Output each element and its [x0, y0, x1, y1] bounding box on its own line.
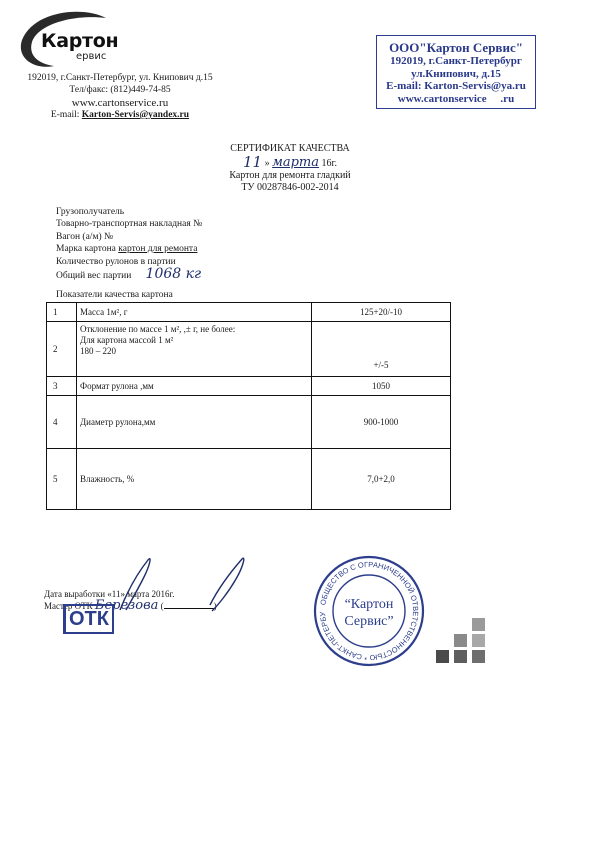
row-parameter-line: 180 – 220 — [80, 346, 308, 357]
weight-value: 1068 кг — [146, 266, 202, 282]
row-value: 7,0+2,0 — [312, 449, 451, 510]
row-number: 5 — [47, 449, 77, 510]
email-label: E-mail: — [51, 110, 82, 120]
handwritten-day: 11 — [243, 153, 262, 171]
row-parameter: Формат рулона ,мм — [77, 377, 312, 396]
brand-field: Марка картона картон для ремонта — [56, 243, 202, 255]
row-parameter: Влажность, % — [77, 449, 312, 510]
handwritten-signature-icon — [100, 555, 260, 615]
otk-stamp: ОТК — [63, 604, 114, 634]
table-row: 5 Влажность, % 7,0+2,0 — [47, 449, 451, 510]
certificate-title: СЕРТИФИКАТ КАЧЕСТВА — [190, 143, 390, 155]
row-number: 3 — [47, 377, 77, 396]
phone-line: Тел/факс: (812)449-74-85 — [0, 84, 240, 96]
mosaic-square-icon — [436, 650, 449, 663]
row-value: +/-5 — [312, 322, 451, 377]
stamp-email: E-mail: Karton-Servis@ya.ru — [377, 80, 535, 93]
mosaic-square-icon — [454, 634, 467, 647]
row-parameter-line: Для картона массой 1 м² — [80, 335, 308, 346]
certificate-header: СЕРТИФИКАТ КАЧЕСТВА 11 » марта 16г. Карт… — [190, 143, 390, 194]
consignee-label: Грузополучатель — [56, 206, 202, 218]
email-line: E-mail: Karton-Servis@yandex.ru — [0, 109, 240, 121]
email-link[interactable]: Karton-Servis@yandex.ru — [82, 110, 189, 120]
mosaic-square-icon — [472, 634, 485, 647]
wagon-label: Вагон (а/м) № — [56, 231, 202, 243]
address-line: 192019, г.Санкт-Петербург, ул. Книпович … — [0, 72, 240, 84]
weight-label: Общий вес партии — [56, 271, 131, 281]
company-logo: Картон ервис — [14, 10, 124, 70]
handwritten-month: марта — [272, 155, 319, 170]
stamp-city: 192019, г.Санкт-Петербург — [377, 55, 535, 68]
row-number: 1 — [47, 303, 77, 322]
logo-word: Картон — [41, 30, 118, 52]
row-number: 2 — [47, 322, 77, 377]
row-parameter: Масса 1м², г — [77, 303, 312, 322]
shipment-fields: Грузополучатель Товарно-транспортная нак… — [56, 206, 202, 282]
decorative-mosaic — [436, 618, 496, 668]
mosaic-square-icon — [472, 650, 485, 663]
product-name: Картон для ремонта гладкий — [190, 170, 390, 182]
table-row: 4 Диаметр рулона,мм 900-1000 — [47, 396, 451, 449]
stamp-company-name: ООО"Картон Сервис" — [377, 40, 535, 55]
stamp-website: www.cartonservice .ru — [377, 93, 535, 106]
waybill-label: Товарно-транспортная накладная № — [56, 218, 202, 230]
table-row: 2 Отклонение по массе 1 м², ,± г, не бол… — [47, 322, 451, 377]
row-value: 125+20/-10 — [312, 303, 451, 322]
stamp-street: ул.Книпович, д.15 — [377, 68, 535, 81]
row-parameter-line: Отклонение по массе 1 м², ,± г, не более… — [80, 324, 308, 335]
certificate-date: 11 » марта 16г. — [190, 155, 390, 170]
website-line: www.cartonservice.ru — [0, 97, 240, 109]
row-number: 4 — [47, 396, 77, 449]
row-value: 900-1000 — [312, 396, 451, 449]
quality-table: 1 Масса 1м², г 125+20/-10 2 Отклонение п… — [46, 302, 451, 510]
table-row: 1 Масса 1м², г 125+20/-10 — [47, 303, 451, 322]
seal-center-line-1: “Картон — [345, 597, 394, 612]
company-stamp: ООО"Картон Сервис" 192019, г.Санкт-Петер… — [376, 35, 536, 109]
weight-field: Общий вес партии 1068 кг — [56, 268, 202, 282]
row-parameter: Отклонение по массе 1 м², ,± г, не более… — [77, 322, 312, 377]
standard-code: ТУ 00287846-002-2014 — [190, 182, 390, 194]
row-value: 1050 — [312, 377, 451, 396]
row-parameter: Диаметр рулона,мм — [77, 396, 312, 449]
seal-center-line-2: Сервис” — [344, 614, 393, 629]
brand-value: картон для ремонта — [118, 244, 197, 254]
round-company-seal-icon: ОБЩЕСТВО С ОГРАНИЧЕННОЙ ОТВЕТСТВЕННОСТЬЮ… — [313, 555, 425, 667]
mosaic-square-icon — [454, 650, 467, 663]
table-caption: Показатели качества картона — [56, 290, 173, 301]
table-row: 3 Формат рулона ,мм 1050 — [47, 377, 451, 396]
logo-subword: ервис — [76, 51, 106, 62]
date-suffix: 16г. — [322, 158, 337, 169]
mosaic-square-icon — [472, 618, 485, 631]
brand-label: Марка картона — [56, 244, 118, 254]
